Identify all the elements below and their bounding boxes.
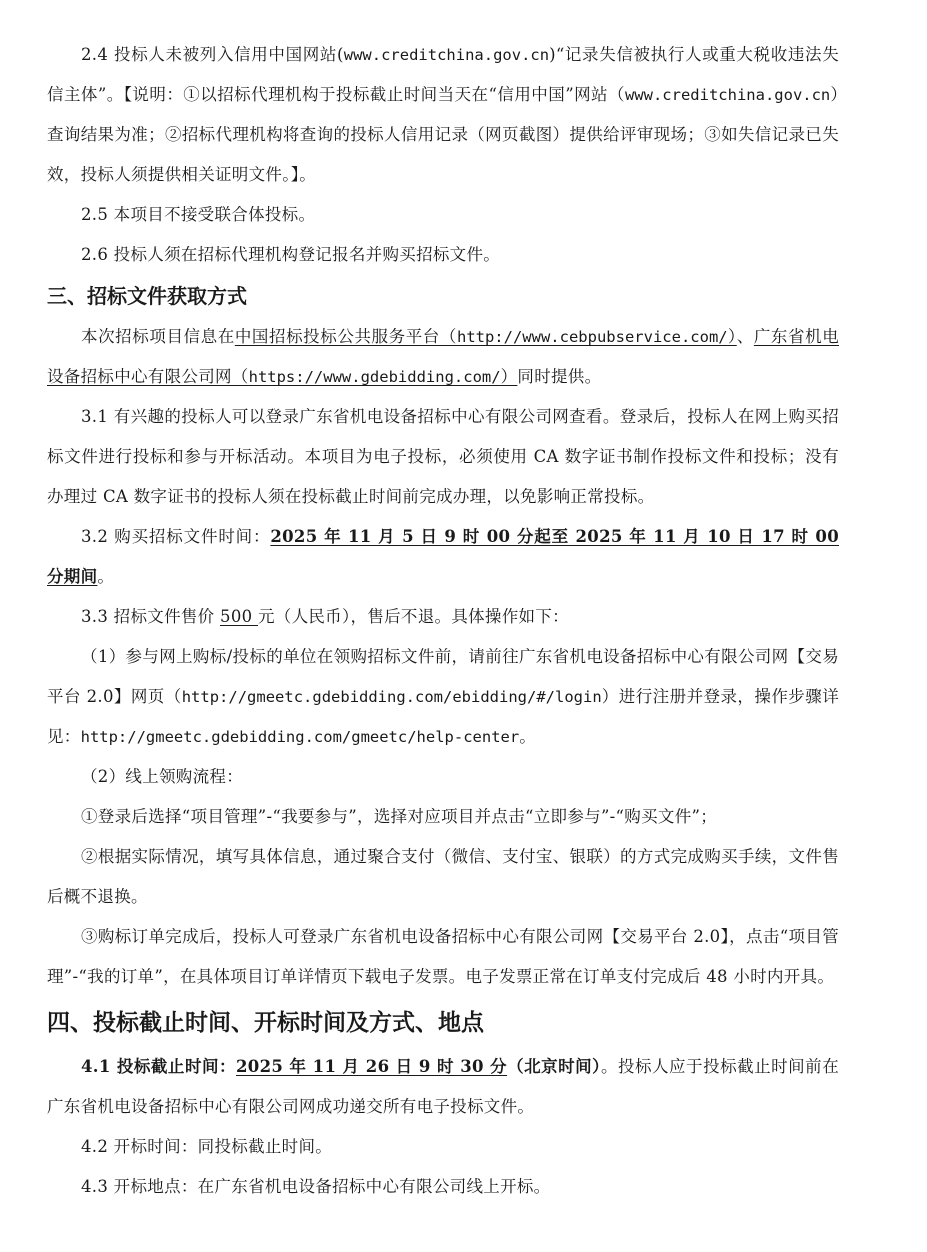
clause-2-4: 2.4 投标人未被列入信用中国网站(www.creditchina.gov.cn… — [47, 35, 839, 195]
login-url[interactable]: http://gmeetc.gdebidding.com/ebidding/#/… — [182, 688, 602, 706]
cebpubservice-link[interactable]: 中国招标投标公共服务平台（http://www.cebpubservice.co… — [235, 327, 737, 346]
flow-step-1: ①登录后选择“项目管理”-“我要参与”，选择对应项目并点击“立即参与”-“购买文… — [47, 797, 839, 837]
creditchina-url-2[interactable]: www.creditchina.gov.cn — [625, 86, 830, 104]
step-2: （2）线上领购流程： — [47, 757, 839, 797]
section-3-intro: 本次招标项目信息在中国招标投标公共服务平台（http://www.cebpubs… — [47, 317, 839, 397]
clause-2-6: 2.6 投标人须在招标代理机构登记报名并购买招标文件。 — [47, 235, 839, 275]
flow-step-2: ②根据实际情况，填写具体信息，通过聚合支付（微信、支付宝、银联）的方式完成购买手… — [47, 837, 839, 917]
section-3-heading: 三、招标文件获取方式 — [47, 275, 839, 317]
flow-step-3: ③购标订单完成后，投标人可登录广东省机电设备招标中心有限公司网【交易平台 2.0… — [47, 917, 839, 997]
bid-deadline: 2025 年 11 月 26 日 9 时 30 分 — [236, 1057, 507, 1076]
help-center-url[interactable]: http://gmeetc.gdebidding.com/gmeetc/help… — [81, 728, 520, 746]
clause-4-1: 4.1 投标截止时间：2025 年 11 月 26 日 9 时 30 分（北京时… — [47, 1047, 839, 1127]
document-page: 2.4 投标人未被列入信用中国网站(www.creditchina.gov.cn… — [0, 0, 927, 1207]
section-4-heading: 四、投标截止时间、开标时间及方式、地点 — [47, 999, 839, 1047]
clause-4-2: 4.2 开标时间：同投标截止时间。 — [47, 1127, 839, 1167]
document-price: 500 — [220, 607, 258, 626]
clause-2-5: 2.5 本项目不接受联合体投标。 — [47, 195, 839, 235]
clause-4-3: 4.3 开标地点：在广东省机电设备招标中心有限公司线上开标。 — [47, 1167, 839, 1207]
clause-3-2: 3.2 购买招标文件时间：2025 年 11 月 5 日 9 时 00 分起至 … — [47, 517, 839, 597]
clause-3-3: 3.3 招标文件售价 500 元（人民币），售后不退。具体操作如下： — [47, 597, 839, 637]
clause-3-1: 3.1 有兴趣的投标人可以登录广东省机电设备招标中心有限公司网查看。登录后，投标… — [47, 397, 839, 517]
step-1: （1）参与网上购标/投标的单位在领购招标文件前，请前往广东省机电设备招标中心有限… — [47, 637, 839, 757]
creditchina-url[interactable]: www.creditchina.gov.cn — [344, 46, 549, 64]
